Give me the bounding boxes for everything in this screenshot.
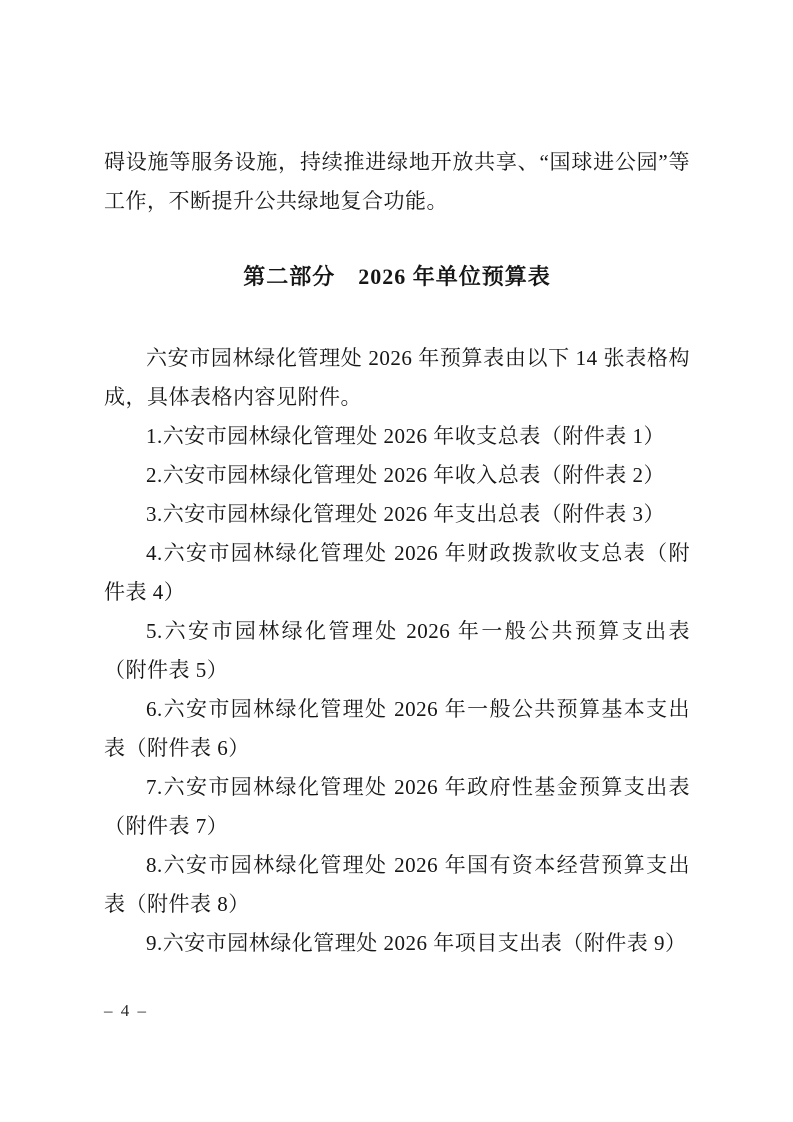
budget-table-item-6: 6.六安市园林绿化管理处 2026 年一般公共预算基本支出表（附件表 6） — [104, 690, 690, 768]
page-number: – 4 – — [104, 1001, 148, 1020]
document-page: 碍设施等服务设施，持续推进绿地开放共享、“国球进公园”等工作，不断提升公共绿地复… — [0, 0, 793, 1122]
page-footer: – 4 – — [104, 998, 148, 1024]
budget-table-item-2: 2.六安市园林绿化管理处 2026 年收入总表（附件表 2） — [104, 456, 690, 495]
intro-paragraph: 碍设施等服务设施，持续推进绿地开放共享、“国球进公园”等工作，不断提升公共绿地复… — [104, 143, 690, 221]
budget-table-item-9: 9.六安市园林绿化管理处 2026 年项目支出表（附件表 9） — [104, 924, 690, 963]
budget-table-item-7: 7.六安市园林绿化管理处 2026 年政府性基金预算支出表（附件表 7） — [104, 768, 690, 846]
budget-table-item-8: 8.六安市园林绿化管理处 2026 年国有资本经营预算支出表（附件表 8） — [104, 846, 690, 924]
section-title: 第二部分 2026 年单位预算表 — [104, 255, 690, 299]
tables-intro-paragraph: 六安市园林绿化管理处 2026 年预算表由以下 14 张表格构成，具体表格内容见… — [104, 339, 690, 417]
budget-table-item-3: 3.六安市园林绿化管理处 2026 年支出总表（附件表 3） — [104, 495, 690, 534]
budget-table-item-1: 1.六安市园林绿化管理处 2026 年收支总表（附件表 1） — [104, 417, 690, 456]
document-content: 碍设施等服务设施，持续推进绿地开放共享、“国球进公园”等工作，不断提升公共绿地复… — [104, 143, 690, 963]
budget-table-item-5: 5.六安市园林绿化管理处 2026 年一般公共预算支出表（附件表 5） — [104, 612, 690, 690]
budget-table-item-4: 4.六安市园林绿化管理处 2026 年财政拨款收支总表（附件表 4） — [104, 534, 690, 612]
